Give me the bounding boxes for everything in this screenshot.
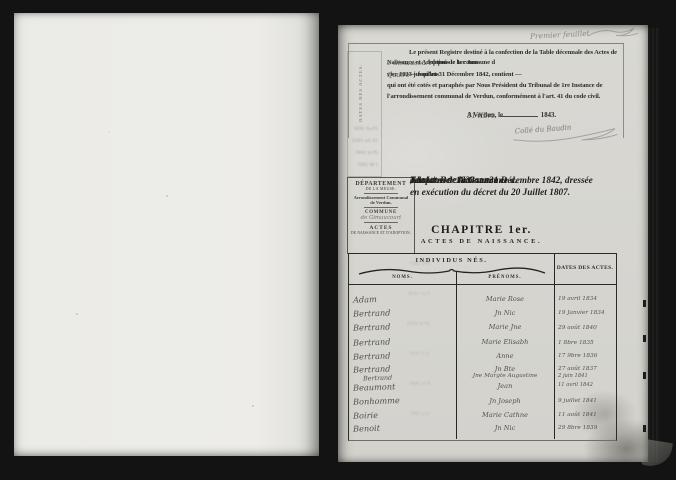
certificate-text: Le présent Registre destiné à la confect… [387,48,623,102]
commune-handwritten: e Gimaucourt [387,59,431,67]
register-scan-photo: Premier feuillet Le présent Registre des… [0,0,676,480]
decennial-table-title: Table Décennale des Actes de Naissance e… [410,175,646,199]
page-edge-dash [643,372,646,379]
book-fore-edge [648,28,660,462]
row-firstname: Jn Joseph [459,397,551,405]
left-blank-page [14,13,319,456]
row-date: 11 août 1841 [558,412,614,418]
certificate-box: Le présent Registre destiné à la confect… [348,43,624,138]
signature-flourish-icon [506,118,627,146]
prenoms-header: PRÉNOMS. [456,275,554,280]
line3-printed-end: — feuillets [410,70,439,80]
row-date: 29 8bre 1839 [558,425,614,431]
feuillets-count-handwritten: Quatre [387,71,410,79]
certificate-line-4: qui ont été cotés et paraphés par Nous P… [387,81,623,91]
row-date: 1 8bre 1835 [558,340,614,346]
title-line-3: 1er Janvier 1833 au 31 Décembre 1842, dr… [410,175,646,187]
page-edge-dash [643,425,646,432]
paper-speck [76,313,78,315]
date-handwritten: 31 Xbre [467,112,495,120]
dates-header: DATES DES ACTES. [554,265,616,271]
row-date: 17 9bre 1836 [558,353,614,359]
row-name: Bertrand [353,305,453,318]
line2-printed-end: depuis le 1er Jan- [431,58,479,68]
header-rule [349,284,616,285]
margin-bleed: 11 f 1839 [350,351,430,357]
row-firstname: Marie Jne [459,323,551,331]
margin-bleed: 12 j 1841 [350,411,430,417]
page-edge-dash [643,335,646,342]
chapter-heading: CHAPITRE 1er. [348,224,615,236]
bleedthrough-scrawl: 19 Jnv 1834 [351,138,378,144]
certificate-line-1: Le présent Registre destiné à la confect… [387,48,623,58]
row-firstname: Jn Bte [459,365,551,373]
row-firstname: Marie Rose [459,295,551,303]
margin-bleed: 18 f 1837 [350,261,430,267]
row-date: 29 août 1840 [558,325,614,331]
row-date: 19 avril 1834 [558,296,614,302]
row-date: 27 août 1837 [558,366,614,372]
row-firstname: Jean [459,382,551,390]
row-date: 9 juillet 1841 [558,398,614,404]
paper-speck [166,195,168,197]
row-firstname: Marie Elisabh [459,338,551,346]
stamp-commune-handwritten: de Gimaucourt [348,215,414,221]
column-separator [456,271,457,439]
section-heading: ACTES DE NAISSANCE. [348,238,615,245]
certificate-line-2: Naissance et Adoption de la commune de G… [387,58,623,69]
stamp-arrondissement-2: de Verdun. [348,200,414,205]
margin-bleed: 20 m 1838 [350,321,430,327]
title-line-4: en exécution du décret du 20 Juillet 180… [410,187,646,199]
row-firstname: Jn Nic [459,424,551,432]
row-date: 11 avril 1842 [558,382,614,388]
row-date: 2 juin 1841 [558,373,614,379]
paper-speck [252,405,254,407]
row-name: Bertrand [353,334,453,347]
page-edge-dash [643,300,646,307]
bleedthrough-scrawl: 29 at 1840 [351,150,378,156]
row-name: Bonhomme [353,393,453,406]
row-date: 19 Janvier 1834 [558,310,614,316]
bleedthrough-scrawl: 19 ail 1834 [351,126,378,132]
row-name: Benoit [353,420,453,433]
certificate-line-5: l'arrondissement communal de Verdun, con… [387,92,623,102]
row-firstname: Anne [459,352,551,360]
margin-bleed: 8 m 1840 [350,381,430,387]
right-register-page: Premier feuillet Le présent Registre des… [338,25,648,462]
column-separator [554,254,555,439]
row-firstname: Jn Nic [459,309,551,317]
president-signature: Collé du Baudin [506,118,627,146]
margin-bleed: 4 av 1838 [350,291,430,297]
bleedthrough-scrawl: 1 8e 1835 [351,162,378,168]
bleedthrough-strip: DATES DES ACTES. 19 ail 1834 19 Jnv 1834… [347,51,382,177]
certificate-line-3: vier 1833 jusqu'au 31 Décembre 1842, con… [387,70,623,81]
stamp-department-sub: DE LA MEUSE. [348,187,414,191]
bleedthrough-dates-label: DATES DES ACTES. [358,56,363,122]
stamp-divider [364,193,398,194]
blank-rule [500,115,538,117]
row-firstname: Marie Cathne [459,411,551,419]
noms-header: NOMS. [349,275,456,280]
row-firstname: Jne Margte Augustine [459,373,551,379]
paper-speck [108,131,110,133]
dateline-year: 1843. [541,112,556,119]
stamp-divider [364,207,398,208]
